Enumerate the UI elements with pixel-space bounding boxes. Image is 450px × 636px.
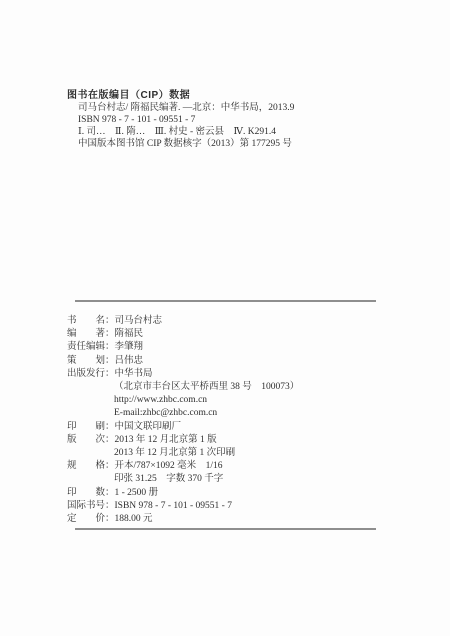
divider-top (75, 300, 376, 302)
colophon-value: 188.00 元 (115, 514, 153, 524)
colophon-colon: ： (105, 368, 115, 381)
colophon-value: 印张 31.25 字数 370 千字 (114, 474, 223, 484)
row-isbn: 国际书号：ISBN 978 - 7 - 101 - 09551 - 7 (67, 500, 410, 513)
colophon-colon: ： (105, 487, 115, 500)
colophon-colon: ： (105, 460, 115, 473)
colophon-colon: ： (105, 500, 115, 513)
colophon-value: 李肇翔 (115, 342, 144, 352)
colophon-label: 责任编辑 (67, 341, 105, 354)
colophon-label: 书名 (67, 315, 105, 328)
colophon-label: 定价 (67, 513, 105, 526)
cip-publication-line: 司马台村志/ 隋福民编著. —北京：中华书局，2013.9 (78, 102, 400, 114)
row-publisher-address: （北京市丰台区太平桥西里 38 号 100073） (67, 381, 410, 394)
colophon-value: 开本/787×1092 毫米 1/16 (115, 461, 223, 471)
colophon-label: 国际书号 (67, 500, 105, 513)
colophon-value: 司马台村志 (115, 316, 163, 326)
colophon-colon: ： (105, 434, 115, 447)
colophon-value: 中华书局 (115, 369, 153, 379)
colophon-colon: ： (105, 421, 115, 434)
row-managing-editor: 责任编辑：李肇翔 (67, 341, 410, 354)
colophon-label: 规格 (67, 460, 105, 473)
cip-classification-line: Ⅰ. 司… Ⅱ. 隋… Ⅲ. 村史 - 密云县 Ⅳ. K291.4 (78, 126, 400, 138)
colophon-value: 1 - 2500 册 (115, 488, 159, 498)
colophon-label: 编著 (67, 328, 105, 341)
cip-isbn-line: ISBN 978 - 7 - 101 - 09551 - 7 (78, 114, 400, 126)
colophon-colon: ： (105, 355, 115, 368)
row-printer: 印刷：中国文联印刷厂 (67, 421, 410, 434)
colophon-value: （北京市丰台区太平桥西里 38 号 100073） (114, 382, 299, 392)
colophon-value: ISBN 978 - 7 - 101 - 09551 - 7 (115, 501, 232, 511)
colophon-colon: ： (105, 341, 115, 354)
row-format: 规格：开本/787×1092 毫米 1/16 (67, 460, 410, 473)
row-edition: 版次：2013 年 12 月北京第 1 版 (67, 434, 410, 447)
colophon-value: 中国文联印刷厂 (115, 422, 182, 432)
row-print-run: 印数：1 - 2500 册 (67, 487, 410, 500)
colophon-value: 吕伟忠 (115, 356, 144, 366)
colophon-label: 印数 (67, 487, 105, 500)
row-author: 编著：隋福民 (67, 328, 410, 341)
row-price: 定价：188.00 元 (67, 513, 410, 526)
colophon-label: 出版发行 (67, 368, 105, 381)
row-publisher-email: E-mail:zhbc@zhbc.com.cn (67, 407, 410, 420)
row-sheets-wordcount: 印张 31.25 字数 370 千字 (67, 473, 410, 486)
row-book-title: 书名：司马台村志 (67, 315, 410, 328)
publisher-url: http://www.zhbc.com.cn (114, 395, 207, 405)
cip-block: 图书在版编目（CIP）数据 司马台村志/ 隋福民编著. —北京：中华书局，201… (67, 90, 400, 150)
row-planner: 策划：吕伟忠 (67, 355, 410, 368)
colophon-value: 隋福民 (115, 329, 144, 339)
row-publisher-website: http://www.zhbc.com.cn (67, 394, 410, 407)
colophon-label: 策划 (67, 355, 105, 368)
cip-record-number-line: 中国版本图书馆 CIP 数据核字（2013）第 177295 号 (78, 138, 400, 150)
colophon-label: 印刷 (67, 421, 105, 434)
colophon-colon: ： (105, 513, 115, 526)
book-copyright-page: 图书在版编目（CIP）数据 司马台村志/ 隋福民编著. —北京：中华书局，201… (0, 0, 450, 636)
colophon-colon: ： (105, 315, 115, 328)
colophon-value: 2013 年 12 月北京第 1 次印刷 (114, 448, 235, 458)
cip-title: 图书在版编目（CIP）数据 (67, 90, 400, 102)
colophon-colon: ： (105, 328, 115, 341)
colophon-value: 2013 年 12 月北京第 1 版 (115, 435, 217, 445)
publisher-email: E-mail:zhbc@zhbc.com.cn (114, 408, 217, 418)
row-publisher: 出版发行：中华书局 (67, 368, 410, 381)
colophon-label: 版次 (67, 434, 105, 447)
row-printing-impression: 2013 年 12 月北京第 1 次印刷 (67, 447, 410, 460)
colophon-block: 书名：司马台村志 编著：隋福民 责任编辑：李肇翔 策划：吕伟忠 出版发行：中华书… (67, 315, 410, 526)
divider-bottom (75, 528, 376, 530)
